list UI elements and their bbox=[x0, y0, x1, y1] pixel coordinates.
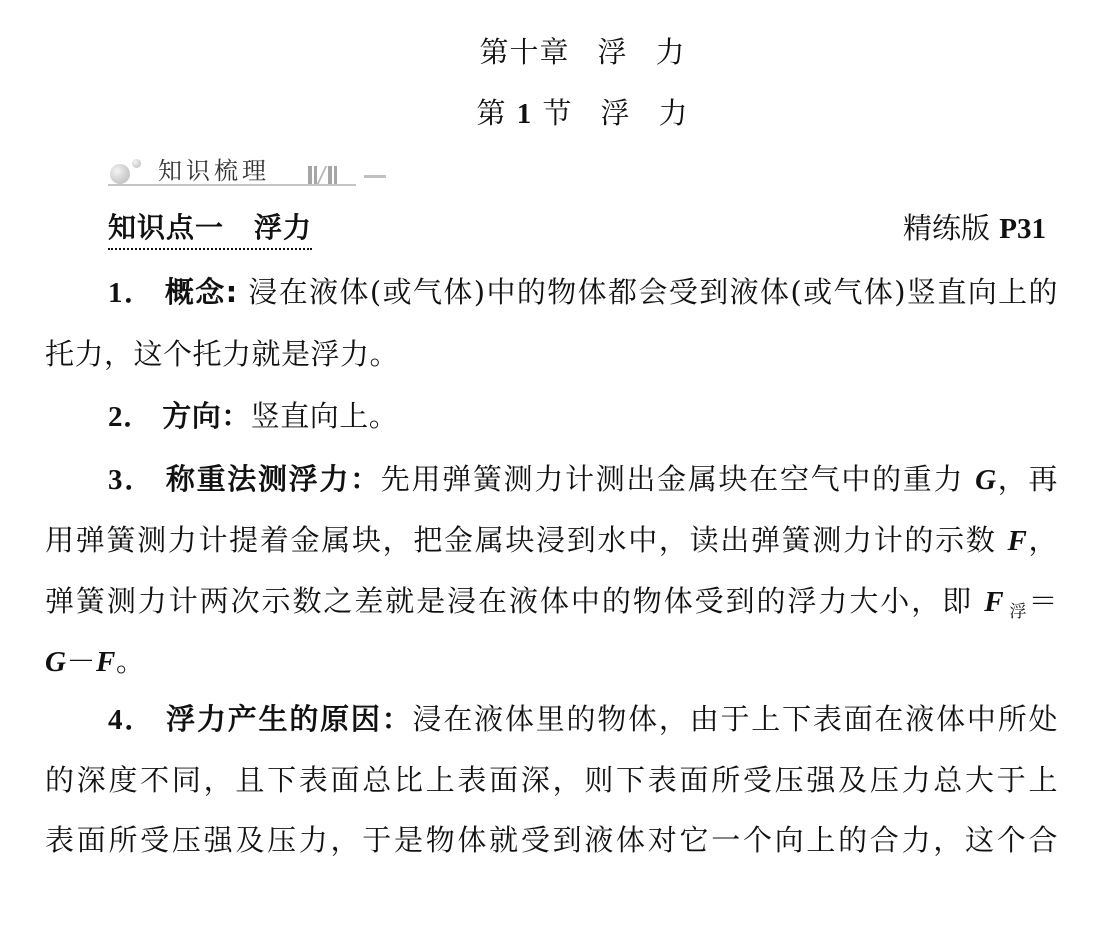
item-text: ， bbox=[1027, 523, 1058, 557]
banner-label: 知识梳理 bbox=[158, 155, 270, 187]
item-number: 1 bbox=[108, 277, 123, 309]
section-title-word: 力 bbox=[658, 96, 688, 130]
minus-sign: － bbox=[66, 644, 96, 678]
item-text: 托力，这个托力就是浮力。 bbox=[45, 337, 399, 371]
reference-page: P31 bbox=[999, 213, 1046, 245]
item-number: 2 bbox=[108, 401, 123, 433]
item-1-line-2: 托力，这个托力就是浮力。 bbox=[45, 334, 1058, 374]
knowledge-point-title: 知识点一浮力 bbox=[108, 210, 312, 250]
item-4-line-2: 的深度不同，且下表面总比上表面深，则下表面所受压强及压力总大于上 bbox=[45, 760, 1058, 800]
item-text: 竖直向上。 bbox=[251, 399, 399, 433]
variable-f: F bbox=[96, 646, 116, 678]
item-heading: 方向： bbox=[162, 399, 251, 433]
equals-sign: ＝ bbox=[1028, 584, 1058, 618]
item-3-line-2: 用弹簧测力计提着金属块，把金属块浸到水中，读出弹簧测力计的示数 F， bbox=[45, 520, 1058, 560]
item-text: 用弹簧测力计提着金属块，把金属块浸到水中，读出弹簧测力计的示数 bbox=[45, 523, 997, 557]
book-bars-icon bbox=[308, 164, 344, 184]
chapter-number: 第十章 bbox=[479, 35, 569, 69]
item-heading: 称重法测浮力： bbox=[166, 462, 381, 496]
item-text: 浸在液体(或气体)中的物体都会受到液体(或气体)竖直向上的 bbox=[248, 275, 1058, 309]
item-3-line-1: 3． 称重法测浮力：先用弹簧测力计测出金属块在空气中的重力 G，再 bbox=[108, 459, 1058, 499]
item-number-dot: ． bbox=[123, 464, 155, 496]
section-prefix: 第 bbox=[477, 96, 507, 130]
bubbles-icon bbox=[110, 164, 130, 184]
period: 。 bbox=[116, 644, 146, 678]
item-4-line-3: 表面所受压强及压力，于是物体就受到液体对它一个向上的合力，这个合 bbox=[45, 820, 1058, 860]
item-text: 的深度不同，且下表面总比上表面深，则下表面所受压强及压力总大于上 bbox=[45, 763, 1058, 797]
item-text: 先用弹簧测力计测出金属块在空气中的重力 bbox=[381, 462, 964, 496]
section-title-word: 浮 bbox=[600, 96, 630, 130]
knowledge-point-label: 知识点一 bbox=[108, 211, 224, 244]
item-number-dot: ． bbox=[123, 277, 154, 309]
item-text: 表面所受压强及压力，于是物体就受到液体对它一个向上的合力，这个合 bbox=[45, 823, 1058, 857]
banner-underline bbox=[108, 184, 356, 186]
section-suffix: 节 bbox=[542, 96, 572, 130]
banner-dash-decoration bbox=[364, 175, 386, 178]
variable-f: F bbox=[1007, 525, 1027, 557]
item-2-line-1: 2． 方向：竖直向上。 bbox=[108, 396, 1058, 436]
practice-reference: 精练版 P31 bbox=[903, 210, 1046, 247]
variable-g: G bbox=[45, 646, 66, 678]
chapter-title-word: 浮 bbox=[597, 35, 627, 69]
variable-f-buoyancy: F bbox=[984, 586, 1004, 618]
bubbles-icon-small bbox=[132, 159, 141, 168]
subscript-buoyancy: 浮 bbox=[1008, 602, 1028, 622]
item-3-line-3: 弹簧测力计两次示数之差就是浸在液体中的物体受到的浮力大小，即 F浮＝ bbox=[45, 581, 1058, 621]
chapter-title-word: 力 bbox=[656, 35, 686, 69]
section-number: 1 bbox=[517, 98, 533, 130]
variable-g: G bbox=[975, 464, 996, 496]
item-text: 弹簧测力计两次示数之差就是浸在液体中的物体受到的浮力大小，即 bbox=[45, 584, 973, 618]
section-banner: 知识梳理 bbox=[108, 155, 388, 189]
item-text: 浸在液体里的物体，由于上下表面在液体中所处 bbox=[413, 702, 1058, 736]
item-heading: 概念: bbox=[165, 275, 238, 309]
item-number-dot: ． bbox=[123, 704, 155, 736]
knowledge-point-topic: 浮力 bbox=[254, 211, 312, 244]
chapter-title: 第十章浮力 bbox=[0, 35, 1102, 69]
item-number: 3 bbox=[108, 464, 123, 496]
item-1-line-1: 1． 概念: 浸在液体(或气体)中的物体都会受到液体(或气体)竖直向上的 bbox=[108, 272, 1058, 312]
item-4-line-1: 4． 浮力产生的原因：浸在液体里的物体，由于上下表面在液体中所处 bbox=[108, 699, 1058, 739]
item-heading: 浮力产生的原因： bbox=[166, 702, 412, 736]
reference-book: 精练版 bbox=[903, 211, 990, 245]
section-title: 第 1 节浮力 bbox=[0, 96, 1102, 131]
item-number-dot: ． bbox=[123, 401, 153, 433]
item-number: 4 bbox=[108, 704, 123, 736]
item-3-line-4: G－F。 bbox=[45, 641, 1058, 681]
item-text: ，再 bbox=[997, 462, 1058, 496]
